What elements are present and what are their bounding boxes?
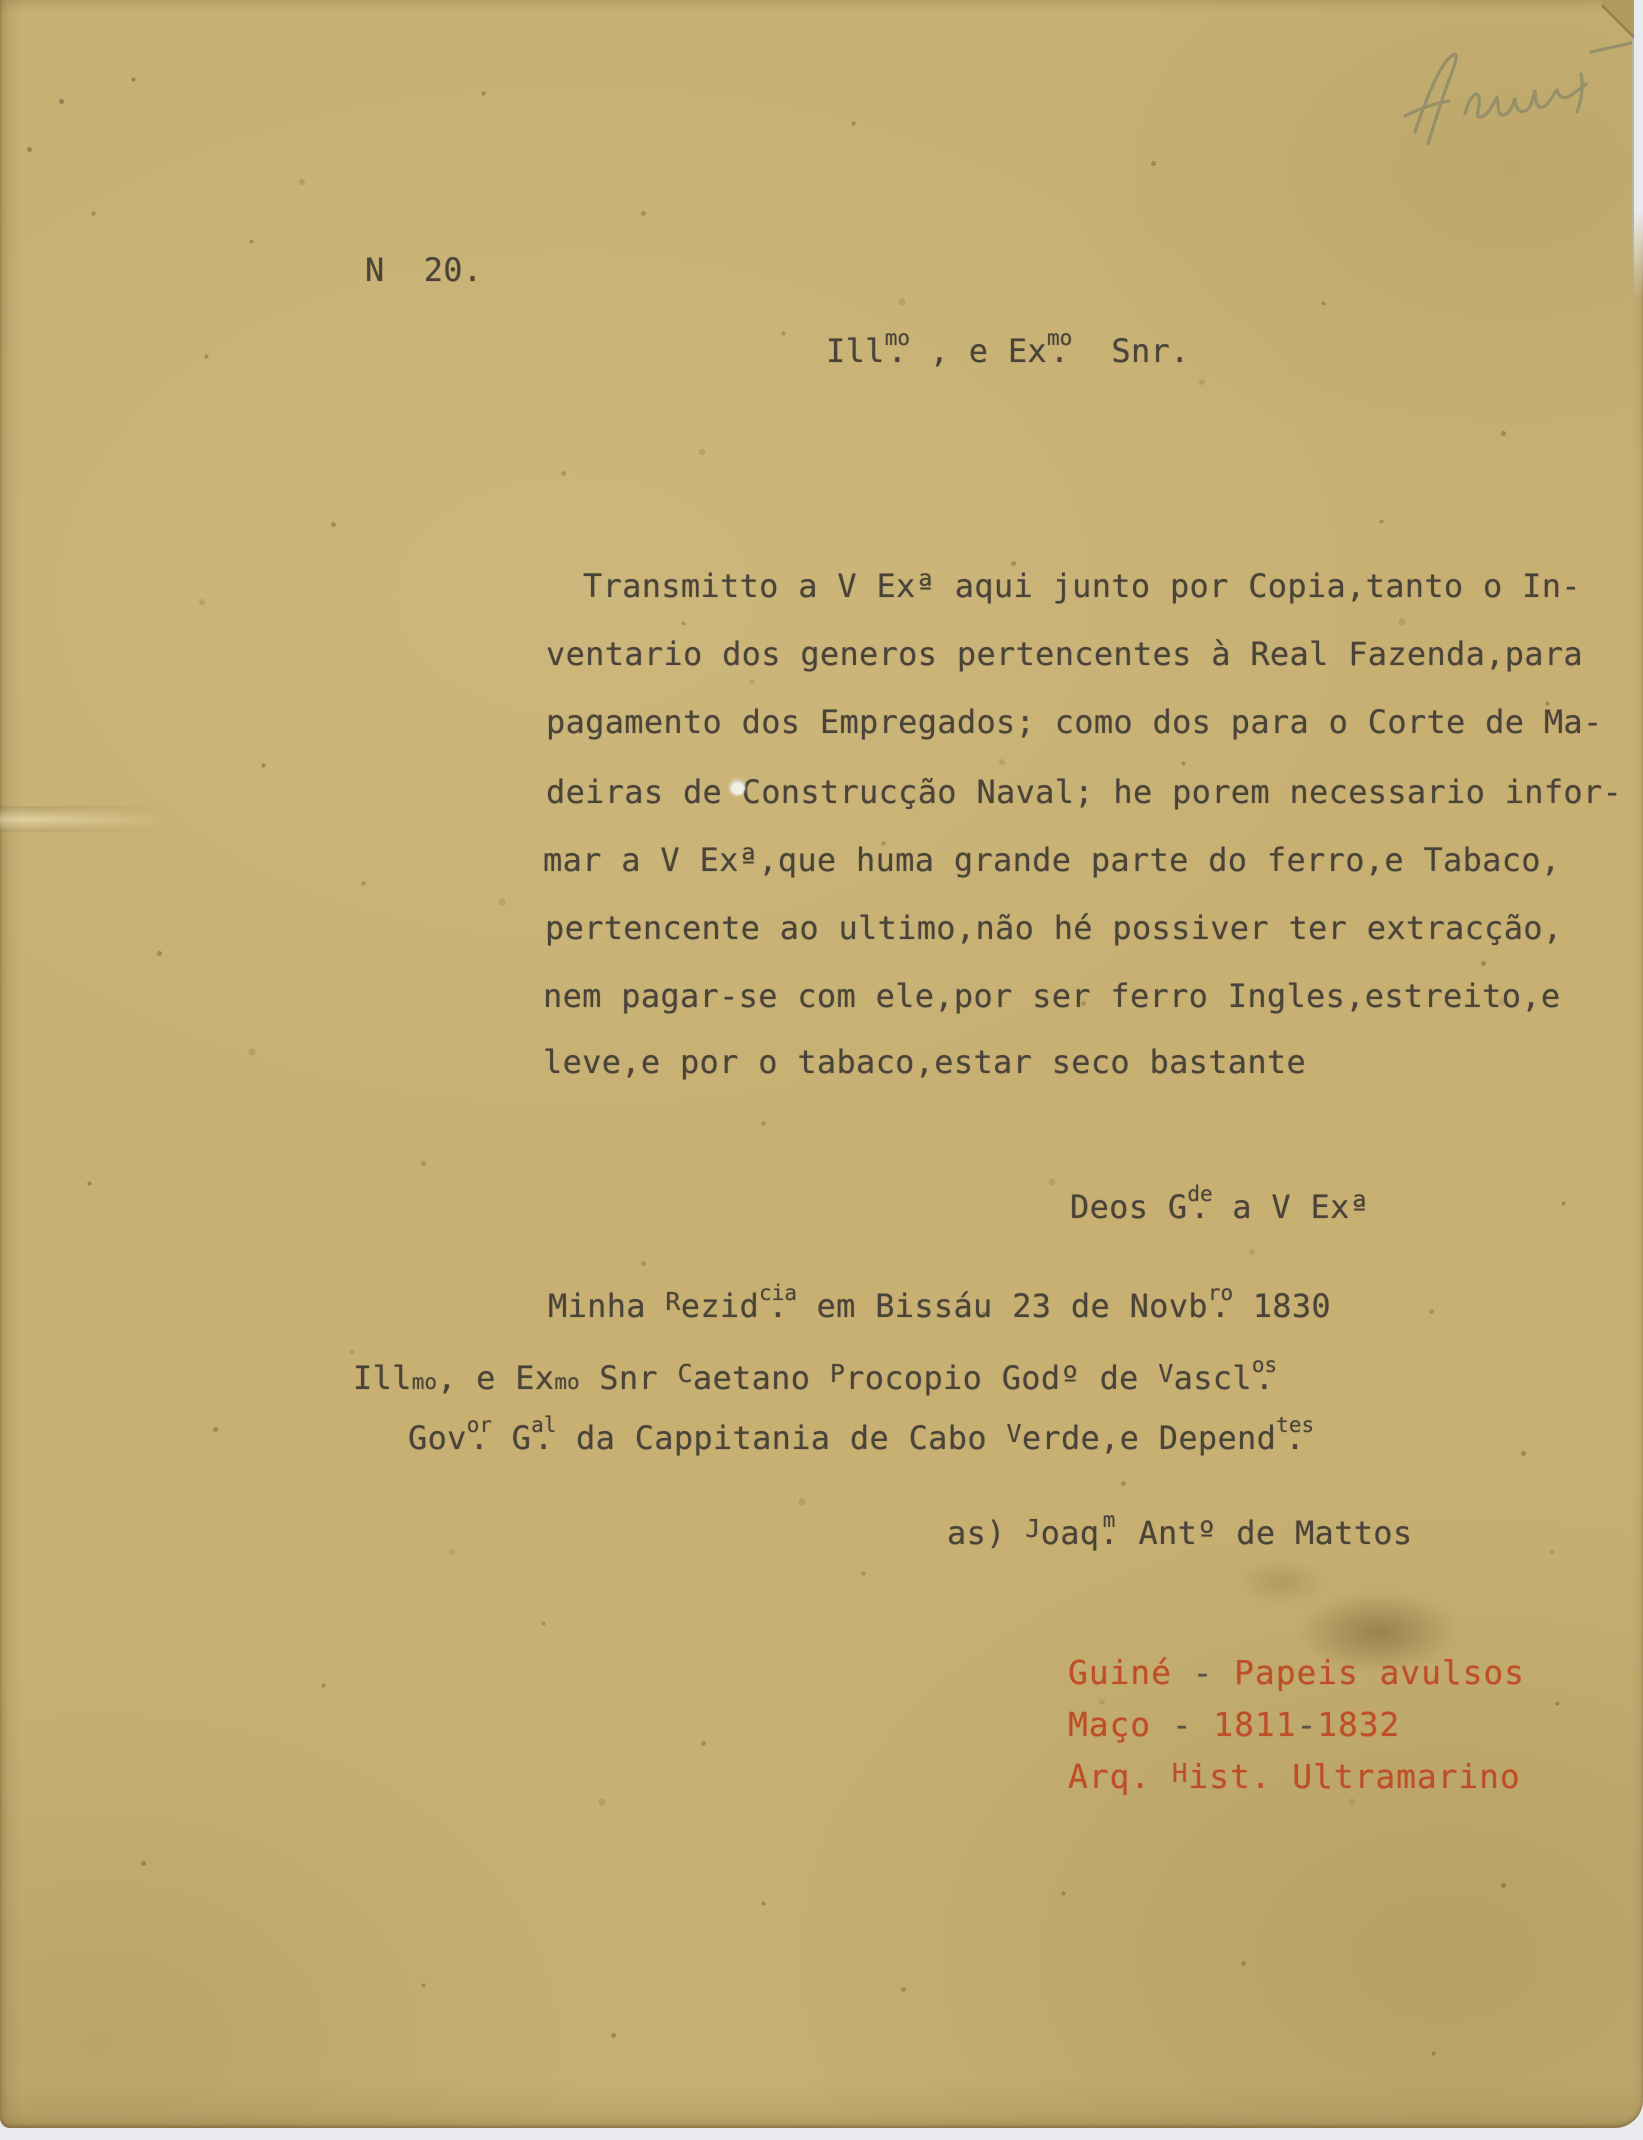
governor-text: da Cappitania de Cabo xyxy=(556,1419,1006,1457)
salutation-text: , e Ex xyxy=(910,332,1047,370)
closing-text: a V Exª xyxy=(1213,1188,1370,1226)
handwritten-annotation: f. Lucas xyxy=(1385,30,1637,160)
stamp-text: Maço xyxy=(1068,1705,1172,1744)
body-line: pertencente ao ultimo,não hé possiver te… xyxy=(545,908,1562,948)
closing-line: Deos Gde. a V Exª xyxy=(1070,1186,1369,1227)
addressee-text: rocopio Godº de xyxy=(845,1359,1158,1397)
salutation-text: Ill xyxy=(826,332,885,370)
body-line: deiras de Construcção Naval; he porem ne… xyxy=(546,772,1622,812)
superscript-mo: mo xyxy=(412,1374,437,1390)
stamp-line-3: Arq. Hist. Ultramarino xyxy=(1068,1752,1521,1799)
signature-text: Antº de Mattos xyxy=(1119,1514,1412,1552)
document-number: N 20. xyxy=(365,250,482,290)
body-line: Transmitto a V Exª aqui junto por Copia,… xyxy=(583,566,1581,606)
raised-letter: J xyxy=(1025,1514,1040,1543)
closing-text: Deos G xyxy=(1070,1188,1187,1226)
addressee-text: Ill xyxy=(353,1359,412,1397)
stamp-dash: - xyxy=(1296,1705,1317,1744)
signature-line: as) Joaqm. Antº de Mattos xyxy=(947,1509,1412,1553)
superscript-os: os. xyxy=(1252,1357,1277,1383)
addressee-line: Illmo, e Exmo Snr Caetano Procopio Godº … xyxy=(353,1354,1277,1398)
dateline-text: ezid xyxy=(681,1287,759,1325)
body-line: pagamento dos Empregados; como dos para … xyxy=(546,702,1603,742)
stamp-text: Papeis avulsos xyxy=(1213,1653,1525,1692)
governor-text: G xyxy=(492,1419,531,1457)
stamp-dash: - xyxy=(1193,1653,1214,1692)
punch-hole xyxy=(730,780,745,795)
addressee-text: Snr xyxy=(580,1359,678,1397)
addressee-text: ascl xyxy=(1174,1359,1252,1397)
superscript-m: m. xyxy=(1099,1512,1119,1538)
governor-line: Govor. Gal. da Cappitania de Cabo Verde,… xyxy=(408,1414,1314,1458)
superscript-ro: ro. xyxy=(1208,1285,1233,1311)
superscript-cia: cia. xyxy=(759,1285,797,1311)
raised-letter: V xyxy=(1158,1359,1173,1388)
addressee-text: aetano xyxy=(693,1359,830,1397)
dateline: Minha Rezidcia. em Bissáu 23 de Novbro. … xyxy=(548,1282,1331,1326)
paper-light-specks xyxy=(0,0,4,4)
stamp-dash: - xyxy=(1172,1705,1193,1744)
raised-letter: C xyxy=(678,1359,693,1388)
fold-crease xyxy=(0,806,170,832)
stamp-text: 1832 xyxy=(1317,1705,1400,1744)
salutation-text: Snr. xyxy=(1072,332,1189,370)
body-line: mar a V Exª,que huma grande parte do fer… xyxy=(543,840,1560,880)
raised-letter: R xyxy=(665,1287,680,1316)
body-line: leve,e por o tabaco,estar seco bastante xyxy=(543,1042,1306,1082)
stamp-text: ist. Ultramarino xyxy=(1188,1757,1520,1796)
superscript-or: or. xyxy=(467,1417,492,1443)
governor-text: erde,e Depend xyxy=(1022,1419,1276,1457)
signature-text: as) xyxy=(947,1514,1025,1552)
signature-text: oaq xyxy=(1041,1514,1100,1552)
salutation-line: Illmo. , e Exmo. Snr. xyxy=(826,330,1190,371)
document-scan: f. Lucas N 20. Illmo. , e Exmo. Snr. Tra… xyxy=(0,0,1643,2140)
stamp-line-2: Maço - 1811-1832 xyxy=(1068,1702,1400,1747)
raised-letter: P xyxy=(830,1359,845,1388)
addressee-text: , e Ex xyxy=(437,1359,554,1397)
superscript-tes: tes. xyxy=(1276,1417,1314,1443)
superscript-mo: mo. xyxy=(1047,330,1072,356)
stamp-line-1: Guiné - Papeis avulsos xyxy=(1068,1650,1525,1695)
raised-letter: V xyxy=(1006,1419,1021,1448)
superscript-mo: mo. xyxy=(885,330,910,356)
superscript-al: al. xyxy=(531,1417,556,1443)
stamp-text: Guiné xyxy=(1068,1653,1193,1692)
stain xyxy=(1236,1560,1326,1604)
governor-text: Gov xyxy=(408,1419,467,1457)
body-line: ventario dos generos pertencentes à Real… xyxy=(546,634,1583,674)
superscript-de: de. xyxy=(1187,1186,1212,1212)
superscript-mo: mo xyxy=(554,1374,579,1390)
dateline-text: em Bissáu 23 de Novb xyxy=(797,1287,1208,1325)
stamp-text: Arq. xyxy=(1068,1757,1172,1796)
dateline-text: Minha xyxy=(548,1287,665,1325)
dateline-text: 1830 xyxy=(1233,1287,1331,1325)
body-line: nem pagar-se com ele,por ser ferro Ingle… xyxy=(543,976,1560,1016)
raised-letter: H xyxy=(1172,1759,1189,1789)
stamp-text: 1811 xyxy=(1193,1705,1297,1744)
